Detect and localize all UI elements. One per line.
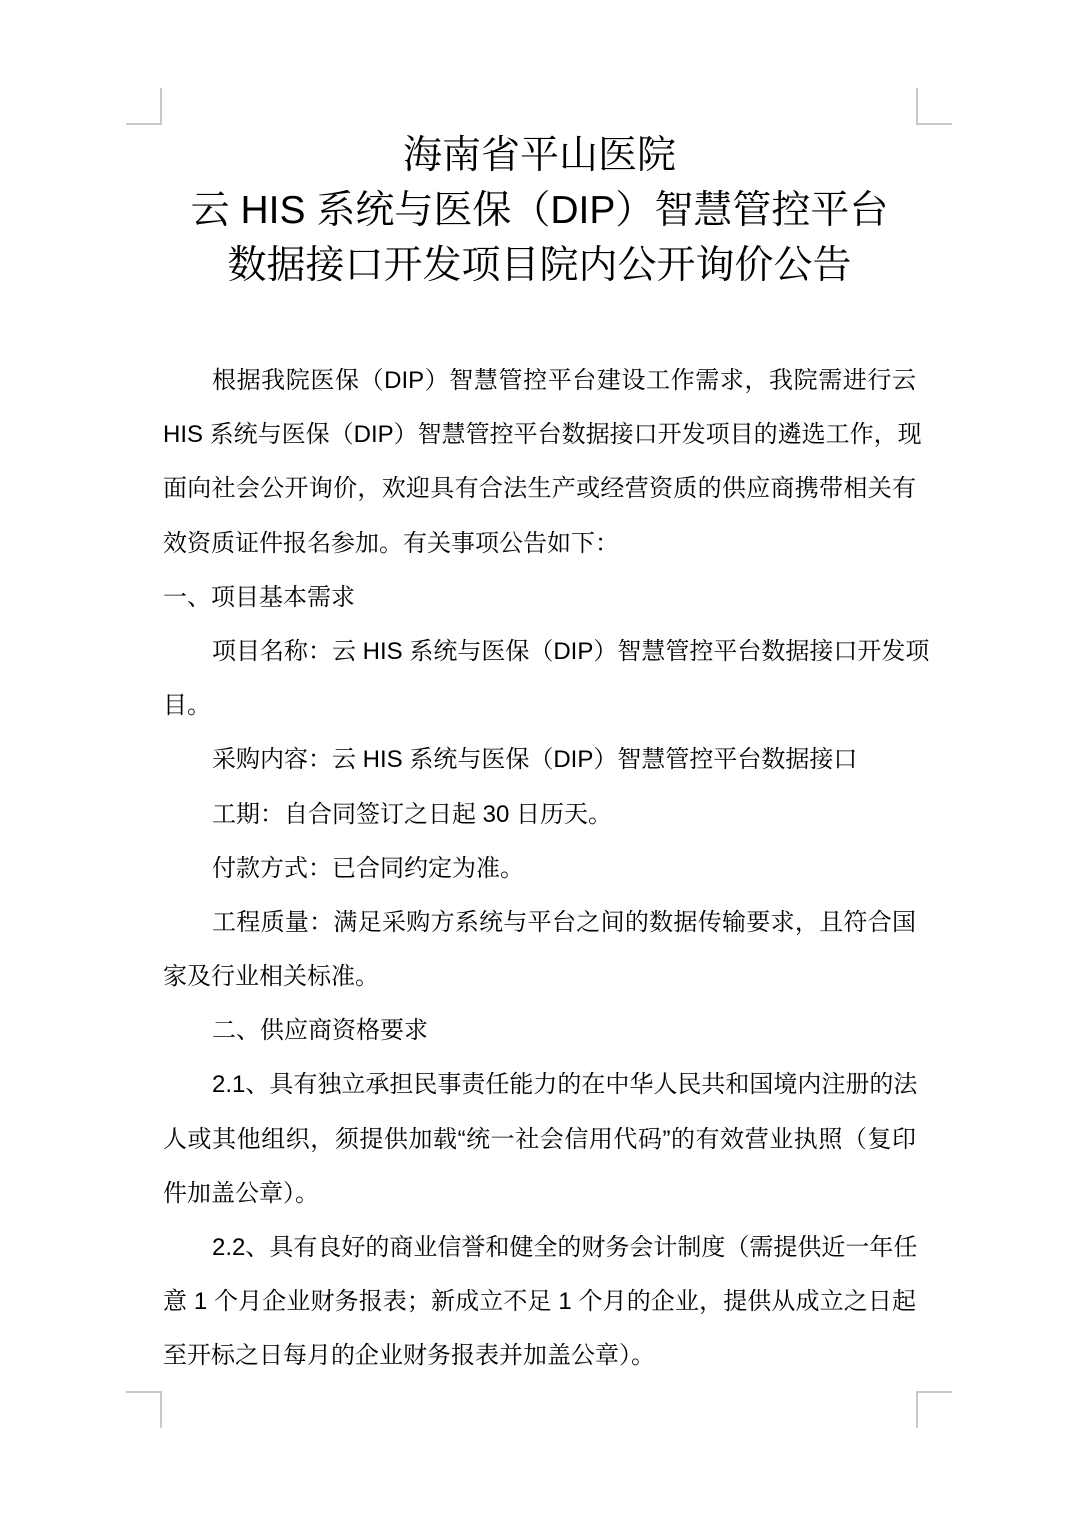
title-line-3: 数据接口开发项目院内公开询价公告 (163, 238, 916, 293)
doc-line: 采购内容：云 HIS 系统与医保（DIP）智慧管控平台数据接口 (163, 733, 916, 787)
document-page: 海南省平山医院 云 HIS 系统与医保（DIP）智慧管控平台 数据接口开发项目院… (0, 0, 1080, 1521)
doc-line: 工期：自合同签订之日起 30 日历天。 (163, 788, 916, 842)
document-title: 海南省平山医院 云 HIS 系统与医保（DIP）智慧管控平台 数据接口开发项目院… (163, 128, 916, 293)
doc-line: 2.2、具有良好的商业信誉和健全的财务会计制度（需提供近一年任 (163, 1221, 916, 1275)
crop-mark-bottom-left (126, 1391, 162, 1428)
crop-mark-bottom-right (916, 1391, 952, 1428)
doc-line: 2.1、具有独立承担民事责任能力的在中华人民共和国境内注册的法 (163, 1058, 916, 1112)
title-line-2: 云 HIS 系统与医保（DIP）智慧管控平台 (163, 183, 916, 238)
title-line-1: 海南省平山医院 (163, 128, 916, 183)
crop-mark-top-right (916, 88, 952, 125)
doc-line: 付款方式：已合同约定为准。 (163, 842, 916, 896)
doc-line: 意 1 个月企业财务报表；新成立不足 1 个月的企业，提供从成立之日起 (163, 1275, 916, 1329)
section-heading-2: 二、供应商资格要求 (163, 1004, 916, 1058)
crop-mark-top-left (126, 88, 162, 125)
doc-line: 项目名称：云 HIS 系统与医保（DIP）智慧管控平台数据接口开发项 (163, 625, 916, 679)
doc-line: 家及行业相关标准。 (163, 950, 916, 1004)
doc-line: 效资质证件报名参加。有关事项公告如下： (163, 517, 916, 571)
doc-line: 人或其他组织，须提供加载“统一社会信用代码”的有效营业执照（复印 (163, 1113, 916, 1167)
doc-line: HIS 系统与医保（DIP）智慧管控平台数据接口开发项目的遴选工作，现 (163, 408, 916, 462)
doc-line: 工程质量：满足采购方系统与平台之间的数据传输要求，且符合国 (163, 896, 916, 950)
section-heading-1: 一、项目基本需求 (163, 571, 916, 625)
doc-line: 根据我院医保（DIP）智慧管控平台建设工作需求，我院需进行云 (163, 354, 916, 408)
doc-line: 至开标之日每月的企业财务报表并加盖公章）。 (163, 1329, 916, 1383)
doc-line: 件加盖公章）。 (163, 1167, 916, 1221)
doc-line: 目。 (163, 679, 916, 733)
doc-line: 面向社会公开询价，欢迎具有合法生产或经营资质的供应商携带相关有 (163, 462, 916, 516)
document-body: 根据我院医保（DIP）智慧管控平台建设工作需求，我院需进行云 HIS 系统与医保… (163, 354, 916, 1384)
